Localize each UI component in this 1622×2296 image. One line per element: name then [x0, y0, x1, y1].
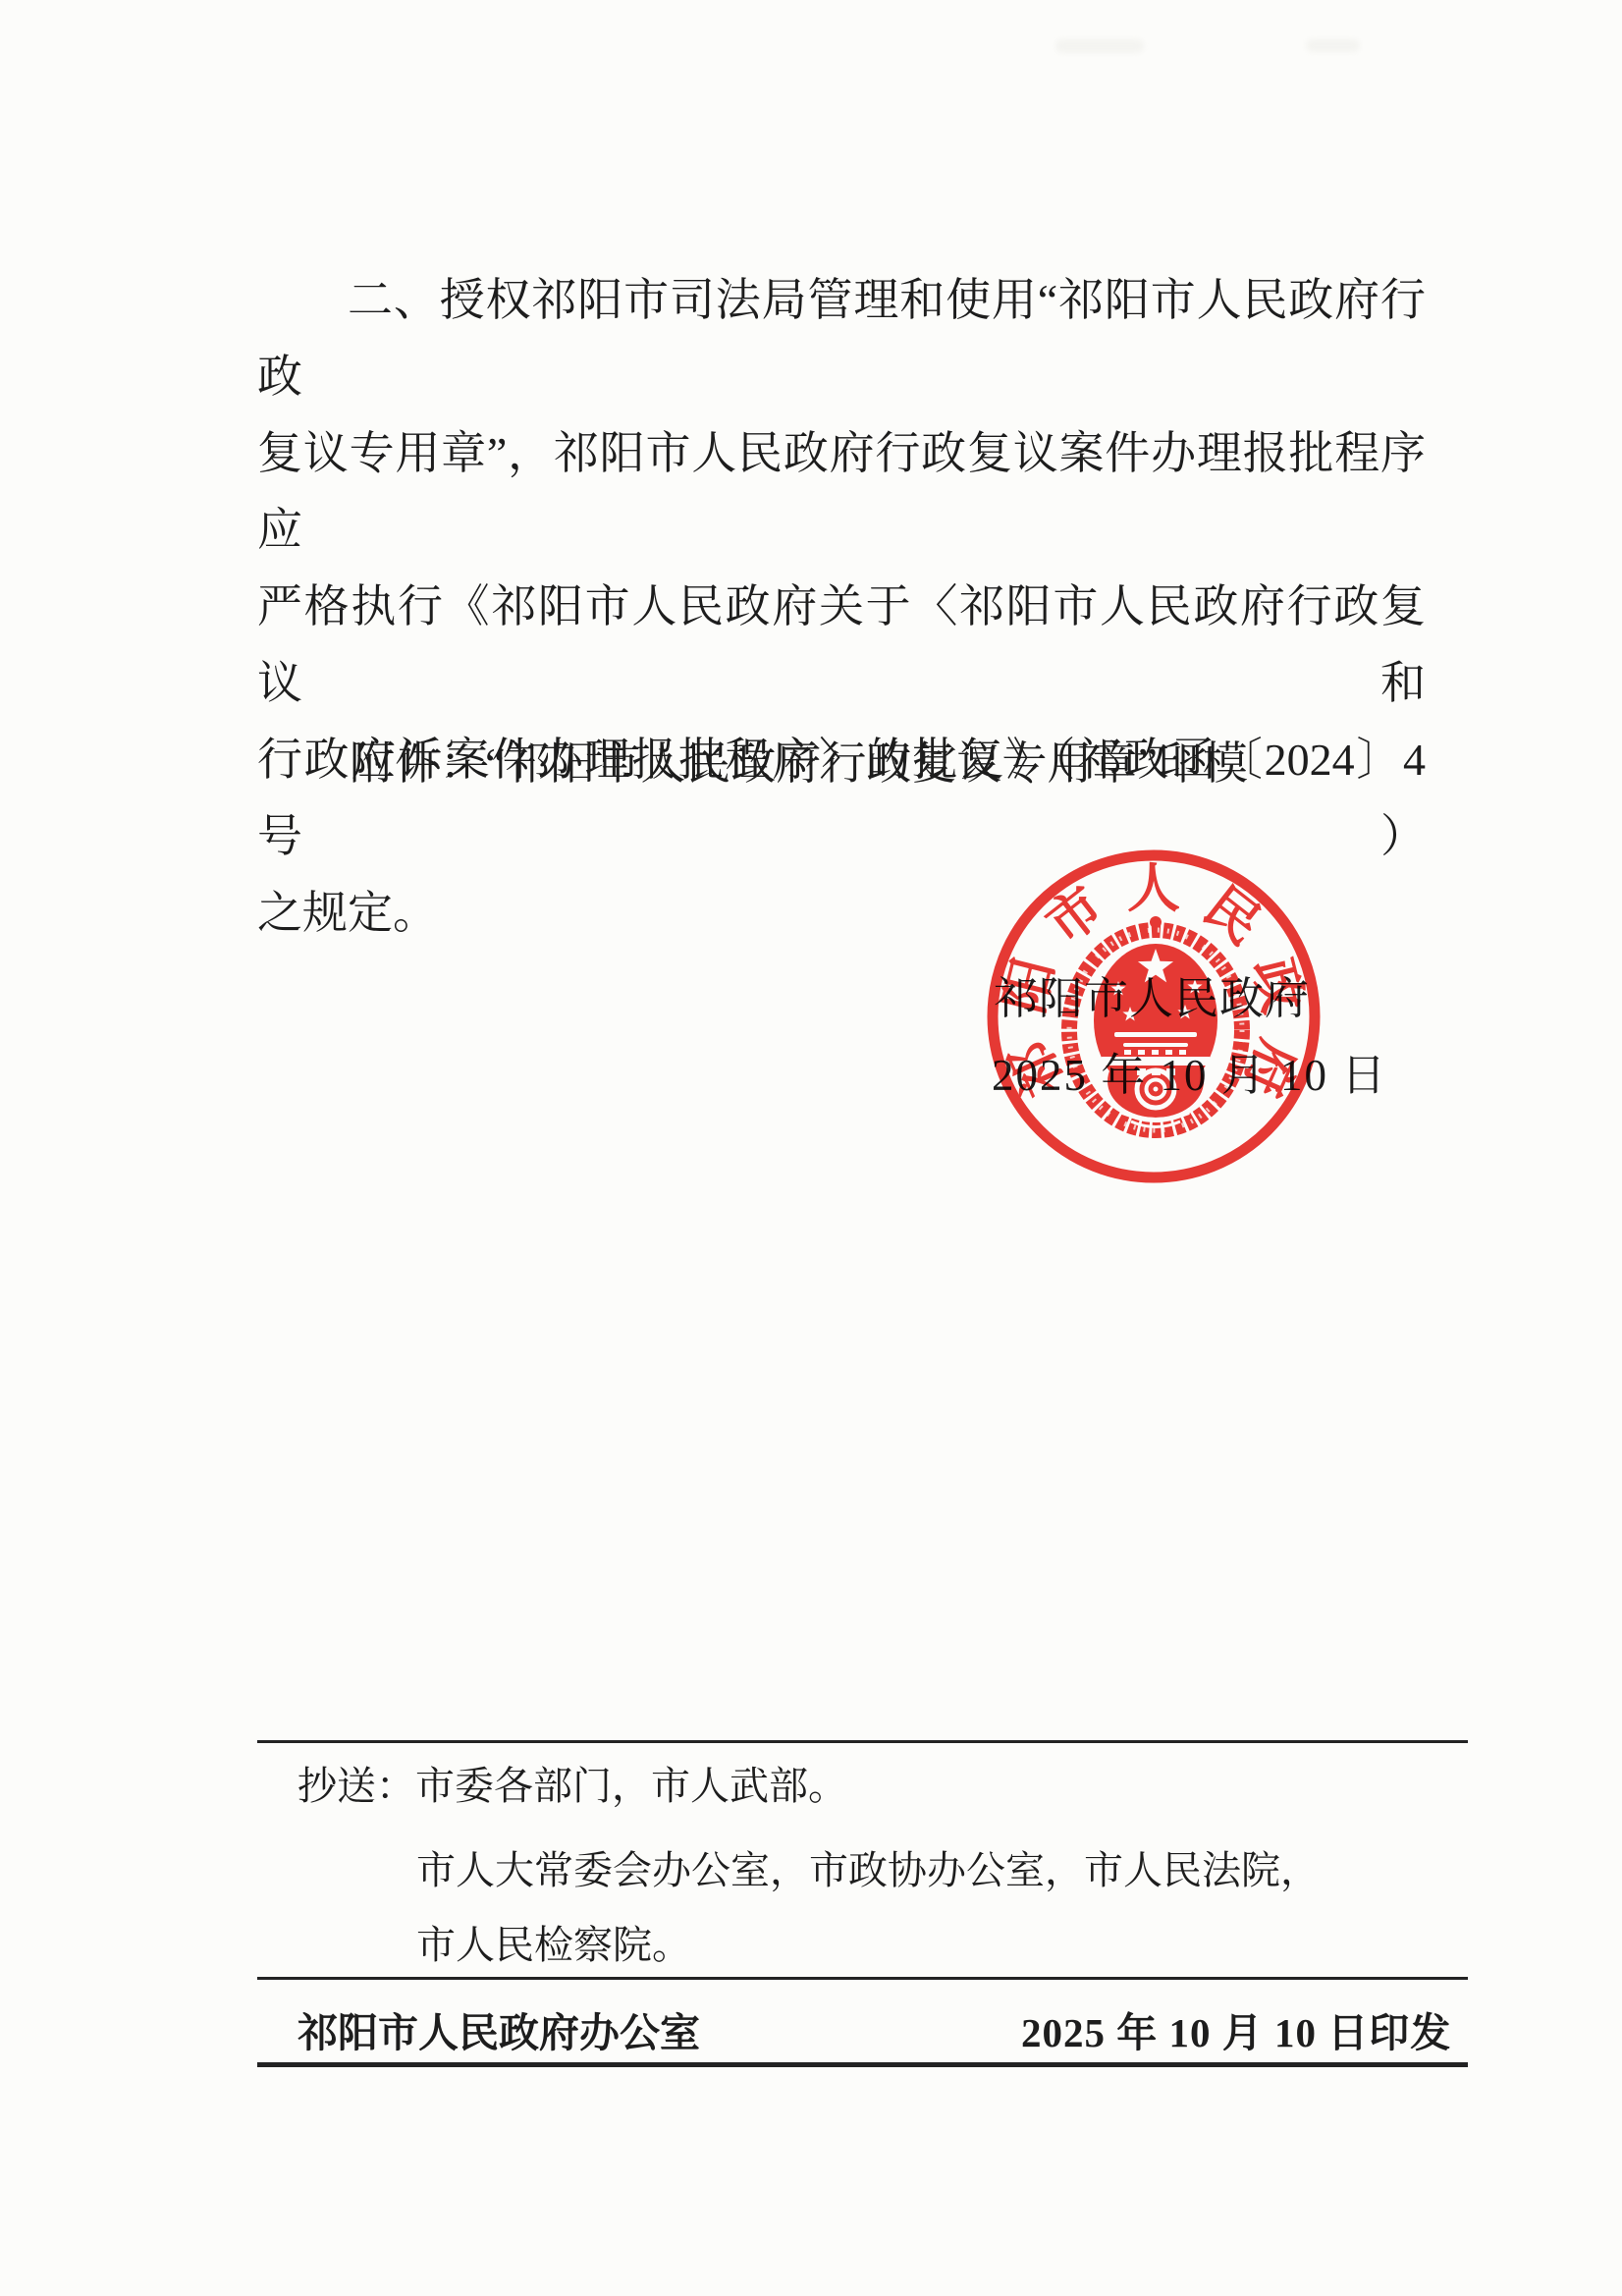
cc-line: 市人民检察院。	[416, 1925, 691, 1966]
national-emblem	[1069, 916, 1242, 1130]
seal-graphic: 祁 阳 市 人 民 政 府	[982, 845, 1325, 1188]
footer-divider-middle	[257, 1977, 1468, 1980]
seal-ring-character: 政	[1242, 953, 1312, 1018]
cc-label: 抄送：	[297, 1764, 415, 1808]
paragraph-line: 严格执行《祁阳市人民政府关于〈祁阳市人民政府行政复议和	[257, 569, 1426, 722]
cc-line: 市人大常委会办公室，市政协办公室，市人民法院，	[416, 1850, 1320, 1891]
print-date: 2025 年 10 月 10 日印发	[1021, 2011, 1451, 2054]
paragraph-line: 二、授权祁阳市司法局管理和使用“祁阳市人民政府行政	[257, 262, 1426, 415]
seal-ring-character: 阳	[995, 953, 1064, 1018]
issuing-office: 祁阳市人民政府办公室	[297, 2011, 700, 2054]
official-seal: 祁 阳 市 人 民 政 府	[982, 845, 1325, 1188]
footer-divider-top	[257, 1740, 1468, 1743]
cc-text: 市委各部门，市人武部。	[415, 1764, 847, 1808]
document-page: 二、授权祁阳市司法局管理和使用“祁阳市人民政府行政 复议专用章”，祁阳市人民政府…	[0, 0, 1622, 2296]
seal-ring-character: 人	[1127, 859, 1180, 918]
footer-divider-bottom	[257, 2062, 1468, 2067]
scan-smudge	[1306, 39, 1360, 52]
cc-line: 抄送：市委各部门，市人武部。	[297, 1766, 847, 1807]
paragraph-line: 复议专用章”，祁阳市人民政府行政复议案件办理报批程序应	[257, 415, 1426, 569]
scan-smudge	[1055, 39, 1144, 53]
attachment-line: 附件：“祁阳市人民政府行政复议专用章”印模	[257, 738, 1248, 790]
